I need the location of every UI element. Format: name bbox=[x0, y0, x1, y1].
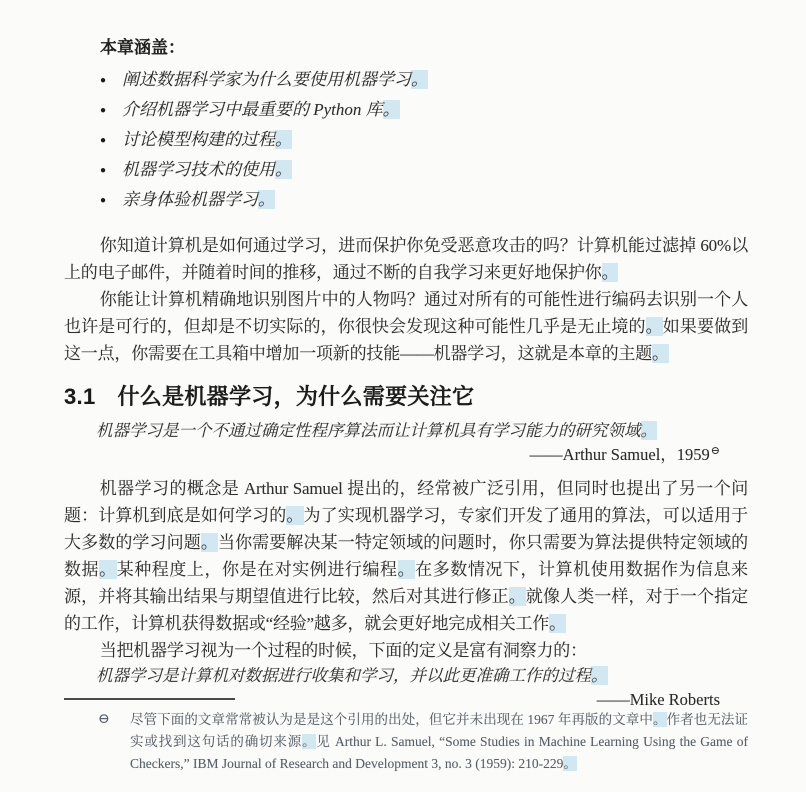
chapter-covers-box: 本章涵盖： ● 阐述数据科学家为什么要使用机器学习。 ● 介绍机器学习中最重要的… bbox=[100, 36, 748, 216]
bullet-icon: ● bbox=[100, 157, 122, 184]
footnote-divider bbox=[64, 698, 235, 700]
book-page: 本章涵盖： ● 阐述数据科学家为什么要使用机器学习。 ● 介绍机器学习中最重要的… bbox=[0, 0, 806, 792]
list-item: ● 机器学习技术的使用。 bbox=[100, 156, 748, 186]
samuel-quote-text: 机器学习是一个不通过确定性程序算法而让计算机具有学习能力的研究领域。 bbox=[96, 419, 748, 443]
list-item-text: 机器学习技术的使用。 bbox=[122, 156, 292, 183]
section-heading: 3.1什么是机器学习，为什么需要关注它 bbox=[64, 383, 748, 411]
bullet-icon: ● bbox=[100, 67, 122, 94]
list-item-text: 介绍机器学习中最重要的 Python 库。 bbox=[122, 96, 400, 123]
attribution-text: ——Arthur Samuel，1959 bbox=[530, 445, 710, 464]
bullet-icon: ● bbox=[100, 187, 122, 214]
footnote-marker-icon: ⊖ bbox=[98, 709, 110, 731]
footnote-marker-icon: ⊖ bbox=[711, 445, 720, 457]
section-number: 3.1 bbox=[64, 384, 95, 409]
paragraph-process-intro: 当把机器学习视为一个过程的时候，下面的定义是富有洞察力的： bbox=[64, 637, 748, 664]
footnote: ⊖ 尽管下面的文章常常被认为是是这个引用的出处，但它并未出现在 1967 年再版… bbox=[64, 709, 748, 775]
list-item: ● 介绍机器学习中最重要的 Python 库。 bbox=[100, 96, 748, 126]
paragraph-image-recognition: 你能让计算机精确地识别图片中的人物吗？通过对所有的可能性进行编码去识别一个人也许… bbox=[64, 286, 748, 367]
list-item-text: 阐述数据科学家为什么要使用机器学习。 bbox=[122, 66, 428, 93]
chapter-covers-list: ● 阐述数据科学家为什么要使用机器学习。 ● 介绍机器学习中最重要的 Pytho… bbox=[100, 66, 748, 216]
footnote-text: 尽管下面的文章常常被认为是是这个引用的出处，但它并未出现在 1967 年再版的文… bbox=[130, 712, 748, 771]
list-item: ● 阐述数据科学家为什么要使用机器学习。 bbox=[100, 66, 748, 96]
list-item: ● 亲身体验机器学习。 bbox=[100, 186, 748, 216]
footnote-area: ⊖ 尽管下面的文章常常被认为是是这个引用的出处，但它并未出现在 1967 年再版… bbox=[64, 698, 748, 775]
list-item: ● 讨论模型构建的过程。 bbox=[100, 126, 748, 156]
paragraph-ml-concept: 机器学习的概念是 Arthur Samuel 提出的，经常被广泛引用，但同时也提… bbox=[64, 475, 748, 637]
list-item-text: 讨论模型构建的过程。 bbox=[122, 126, 292, 153]
chapter-covers-title: 本章涵盖： bbox=[100, 36, 748, 60]
section-title: 什么是机器学习，为什么需要关注它 bbox=[117, 384, 474, 409]
paragraph-malware-protection: 你知道计算机是如何通过学习，进而保护你免受恶意攻击的吗？计算机能过滤掉 60%以… bbox=[64, 232, 748, 286]
samuel-quote-attribution: ——Arthur Samuel，1959⊖ bbox=[64, 443, 748, 467]
roberts-quote-text: 机器学习是计算机对数据进行收集和学习，并以此更准确工作的过程。 bbox=[96, 664, 748, 688]
bullet-icon: ● bbox=[100, 127, 122, 154]
list-item-text: 亲身体验机器学习。 bbox=[122, 186, 275, 213]
bullet-icon: ● bbox=[100, 97, 122, 124]
